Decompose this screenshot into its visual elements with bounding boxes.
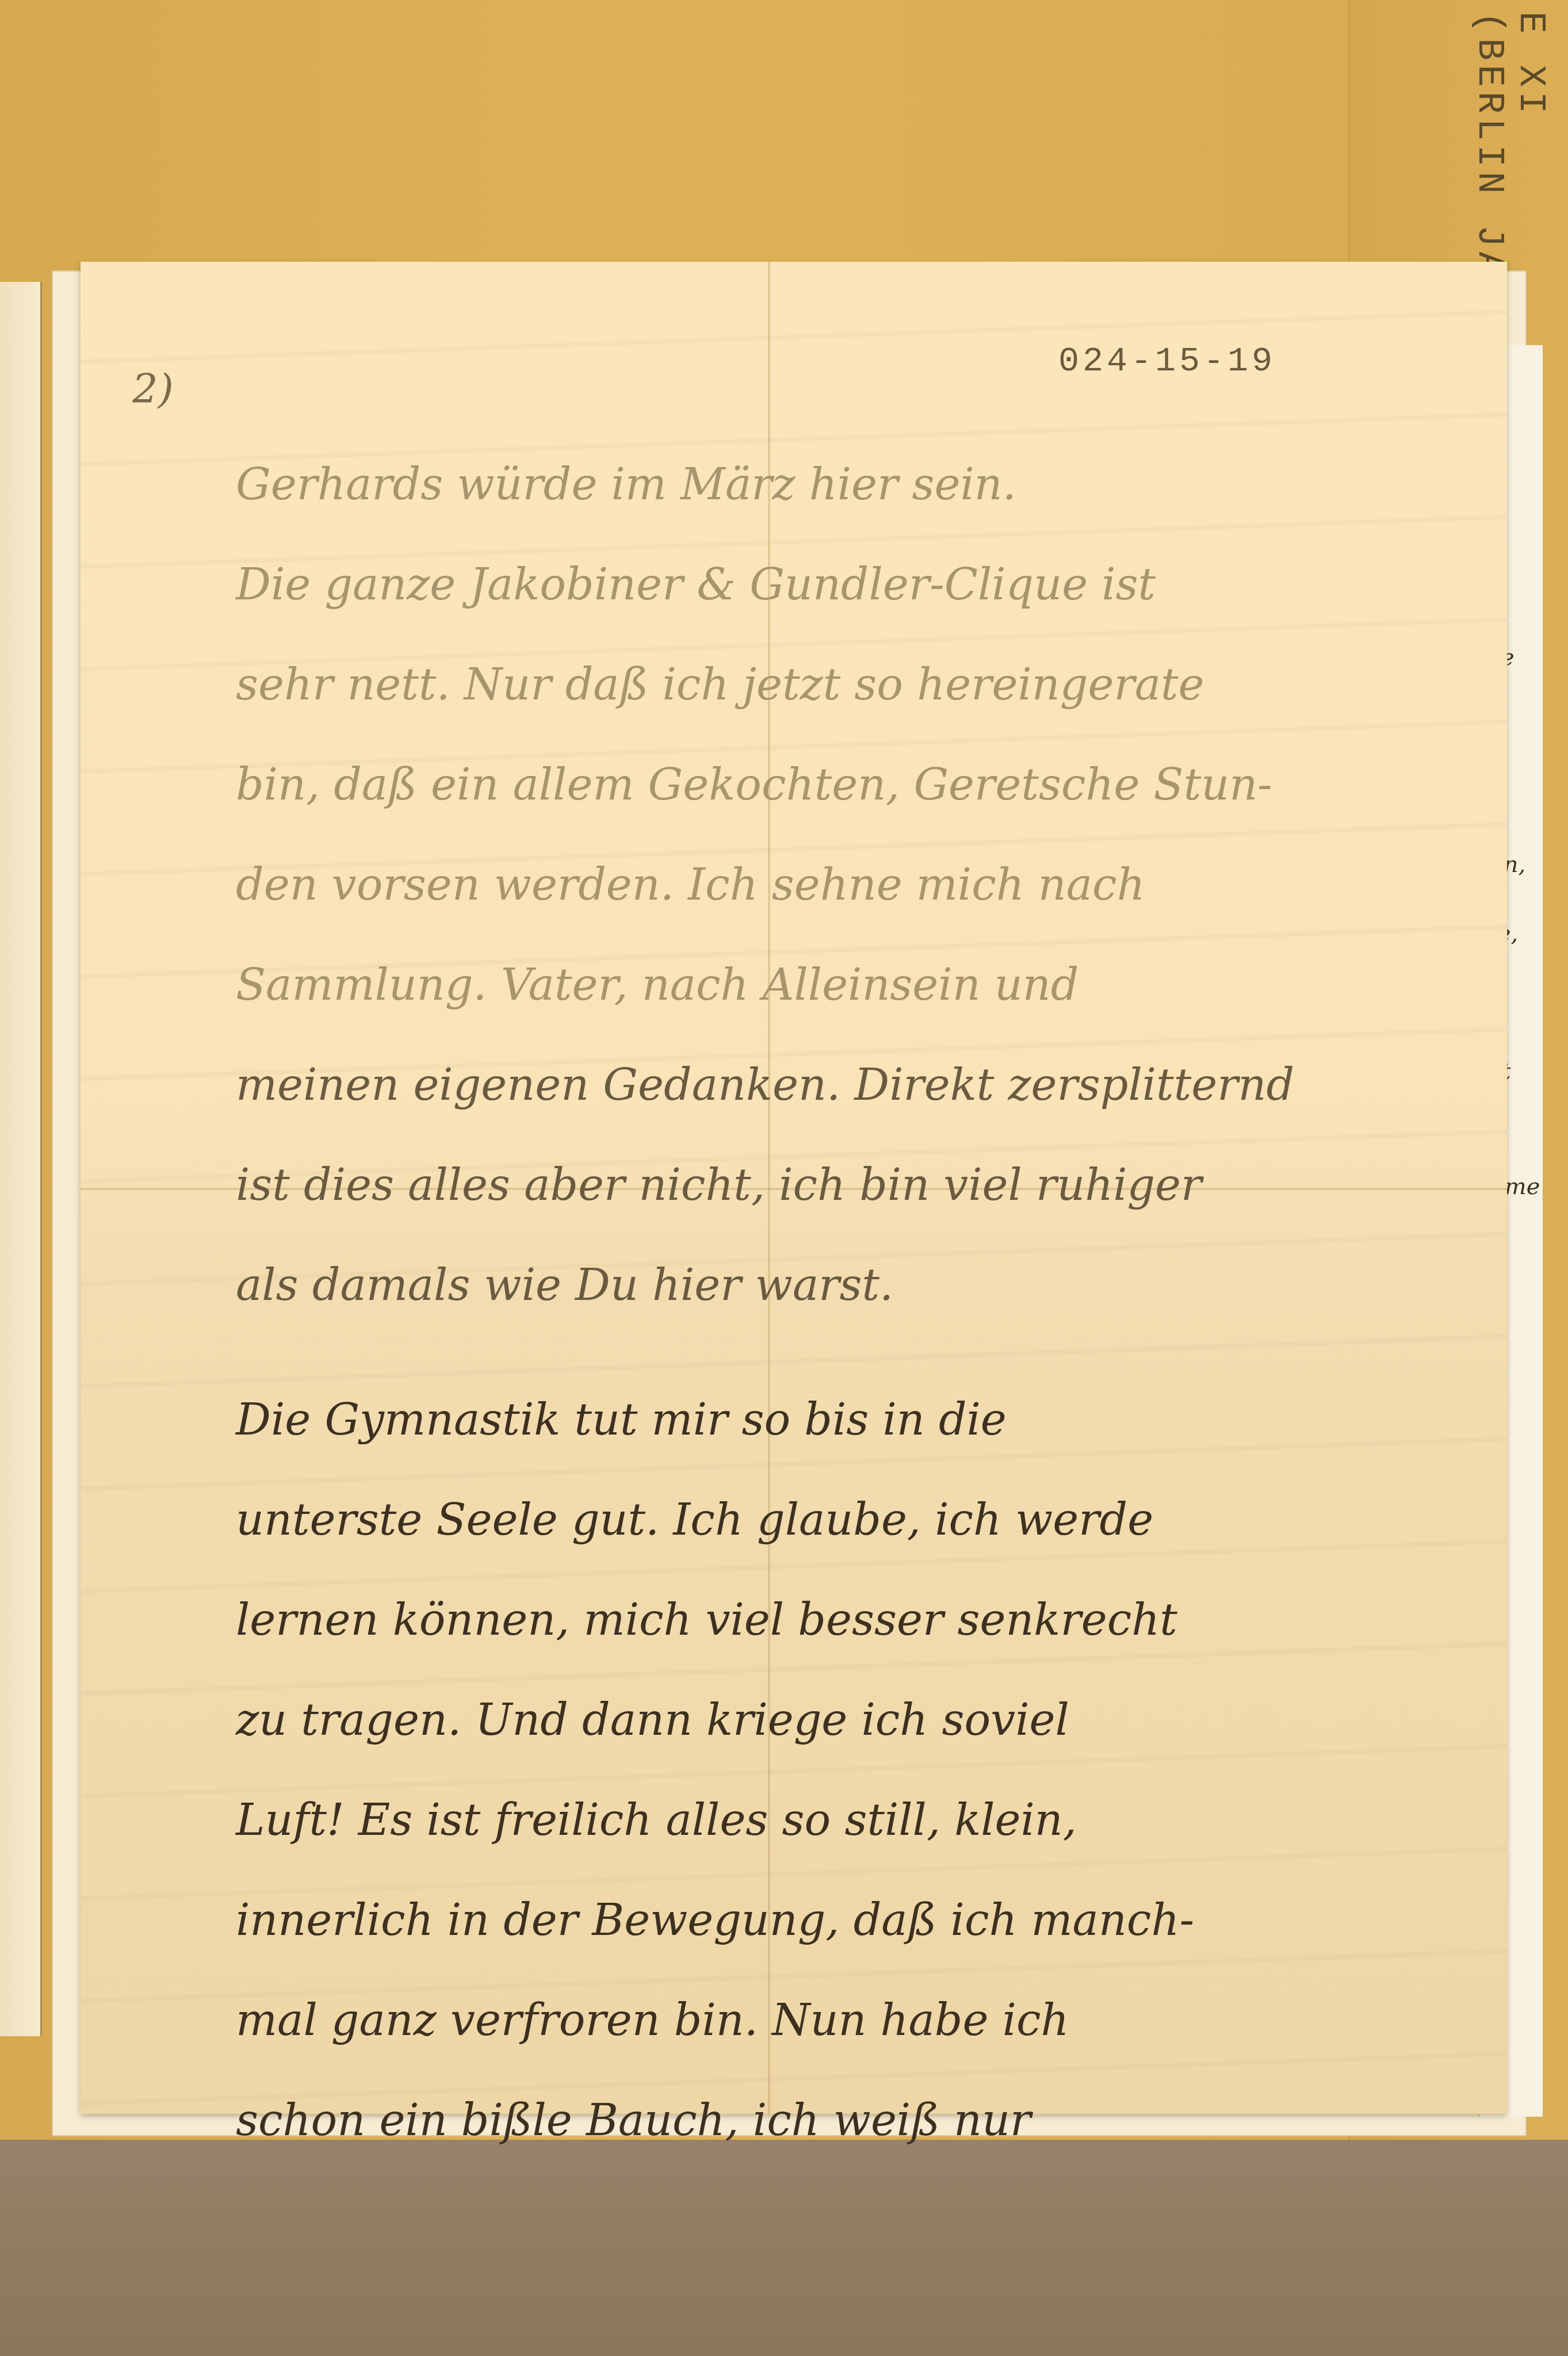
page-number: 2) xyxy=(132,365,174,412)
letter-line: meinen eigenen Gedanken. Direkt zersplit… xyxy=(236,1035,1444,1135)
letter-line: Die ganze Jakobiner & Gundler-Clique ist xyxy=(236,534,1444,634)
letter-line: mal ganz verfroren bin. Nun habe ich xyxy=(236,1970,1444,2070)
letter-line: lernen können, mich viel besser senkrech… xyxy=(236,1570,1444,1670)
archive-number: 024-15-19 xyxy=(1058,342,1276,381)
letter-line: sehr nett. Nur daß ich jetzt so hereinge… xyxy=(236,634,1444,735)
letter-line: unterste Seele gut. Ich glaube, ich werd… xyxy=(236,1470,1444,1570)
handwritten-letter-page: 2) 024-15-19 Gerhards würde im März hier… xyxy=(81,262,1507,2114)
letter-line: zu tragen. Und dann kriege ich soviel xyxy=(236,1670,1444,1770)
letter-line: den vorsen werden. Ich sehne mich nach xyxy=(236,835,1444,935)
left-paper-stack xyxy=(0,282,42,2036)
letter-line: ist dies alles aber nicht, ich bin viel … xyxy=(236,1135,1444,1235)
letter-line: schon ein bißle Bauch, ich weiß nur xyxy=(236,2070,1444,2170)
letter-line: Sammlung. Vater, nach Alleinsein und xyxy=(236,935,1444,1035)
table-surface xyxy=(0,2140,1568,2356)
letter-line: als damals wie Du hier warst. xyxy=(236,1235,1444,1335)
letter-line: Luft! Es ist freilich alles so still, kl… xyxy=(236,1770,1444,1870)
letter-line: innerlich in der Bewegung, daß ich manch… xyxy=(236,1870,1444,1970)
letter-line: Die Gymnastik tut mir so bis in die xyxy=(236,1370,1444,1470)
letter-line: Gerhards würde im März hier sein. xyxy=(236,434,1444,534)
letter-body: Gerhards würde im März hier sein. Die ga… xyxy=(236,434,1444,2170)
letter-line: bin, daß ein allem Gekochten, Geretsche … xyxy=(236,735,1444,835)
